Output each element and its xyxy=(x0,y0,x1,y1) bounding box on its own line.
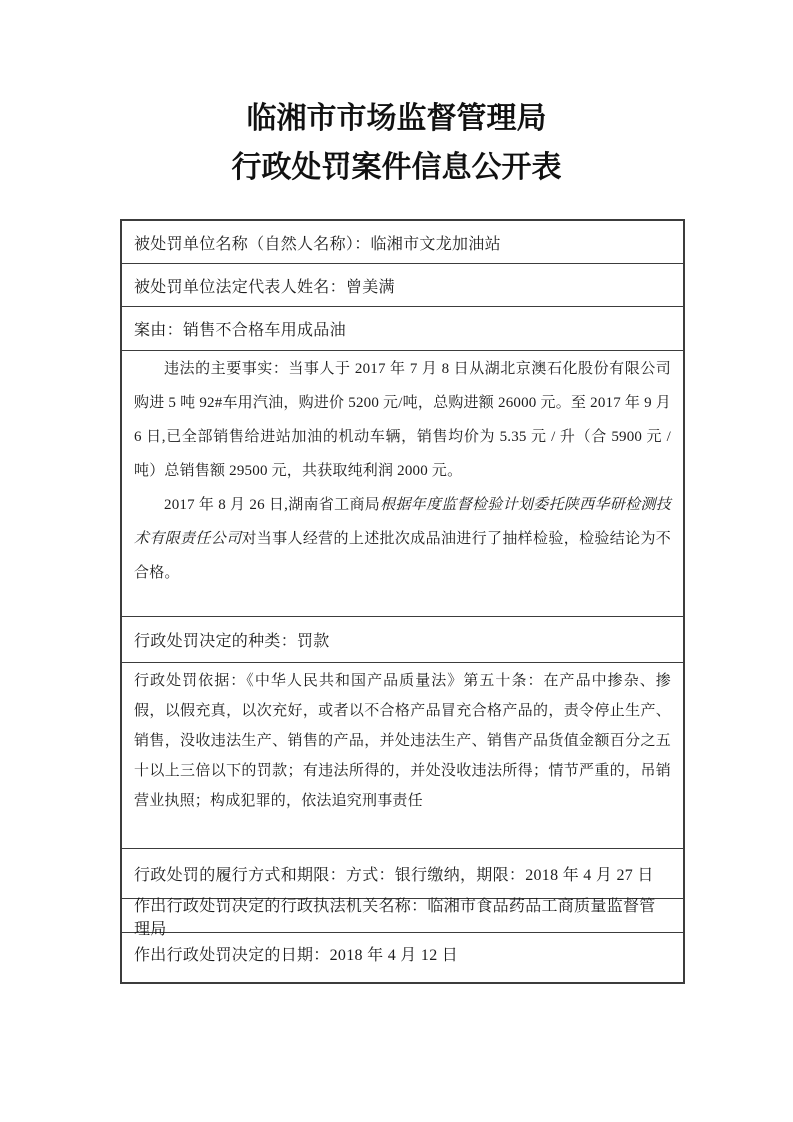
row-legal-representative: 被处罚单位法定代表人姓名：曾美满 xyxy=(122,264,683,307)
row-main-facts: 违法的主要事实：当事人于 2017 年 7 月 8 日从湖北京澳石化股份有限公司… xyxy=(122,351,683,617)
penalty-execution-text: 行政处罚的履行方式和期限：方式：银行缴纳，期限：2018 年 4 月 27 日 xyxy=(134,862,654,885)
legal-representative-text: 被处罚单位法定代表人姓名：曾美满 xyxy=(134,274,395,297)
main-facts-paragraph-1: 违法的主要事实：当事人于 2017 年 7 月 8 日从湖北京澳石化股份有限公司… xyxy=(134,352,671,488)
document-title-line-1: 临湘市市场监督管理局 xyxy=(0,94,793,143)
row-penalty-agency: 作出行政处罚决定的行政执法机关名称：临湘市食品药品工商质量监督管理局 xyxy=(122,899,683,933)
case-cause-text: 案由：销售不合格车用成品油 xyxy=(134,317,346,340)
row-penalty-basis: 行政处罚依据：《中华人民共和国产品质量法》第五十条：在产品中掺杂、掺假，以假充真… xyxy=(122,663,683,849)
penalty-basis-text: 行政处罚依据：《中华人民共和国产品质量法》第五十条：在产品中掺杂、掺假，以假充真… xyxy=(134,666,671,816)
row-punished-unit-name: 被处罚单位名称（自然人名称）：临湘市文龙加油站 xyxy=(122,221,683,264)
penalty-type-text: 行政处罚决定的种类：罚款 xyxy=(134,628,330,651)
penalty-agency-text: 作出行政处罚决定的行政执法机关名称：临湘市食品药品工商质量监督管理局 xyxy=(134,893,671,939)
punished-unit-name-text: 被处罚单位名称（自然人名称）：临湘市文龙加油站 xyxy=(134,231,501,254)
document-title: 临湘市市场监督管理局 行政处罚案件信息公开表 xyxy=(0,94,793,192)
penalty-info-table: 被处罚单位名称（自然人名称）：临湘市文龙加油站 被处罚单位法定代表人姓名：曾美满… xyxy=(120,219,685,984)
row-case-cause: 案由：销售不合格车用成品油 xyxy=(122,307,683,351)
facts-p2-prefix: 2017 年 8 月 26 日,湖南省工商局 xyxy=(164,497,380,513)
document-page: 临湘市市场监督管理局 行政处罚案件信息公开表 被处罚单位名称（自然人名称）：临湘… xyxy=(0,0,793,1122)
penalty-date-text: 作出行政处罚决定的日期：2018 年 4 月 12 日 xyxy=(134,947,458,964)
row-penalty-execution: 行政处罚的履行方式和期限：方式：银行缴纳，期限：2018 年 4 月 27 日 xyxy=(122,849,683,899)
row-penalty-date: 作出行政处罚决定的日期：2018 年 4 月 12 日 xyxy=(122,933,683,982)
main-facts-paragraph-2: 2017 年 8 月 26 日,湖南省工商局根据年度监督检验计划委托陕西华研检测… xyxy=(134,488,671,590)
document-title-line-2: 行政处罚案件信息公开表 xyxy=(0,143,793,192)
row-penalty-type: 行政处罚决定的种类：罚款 xyxy=(122,617,683,663)
